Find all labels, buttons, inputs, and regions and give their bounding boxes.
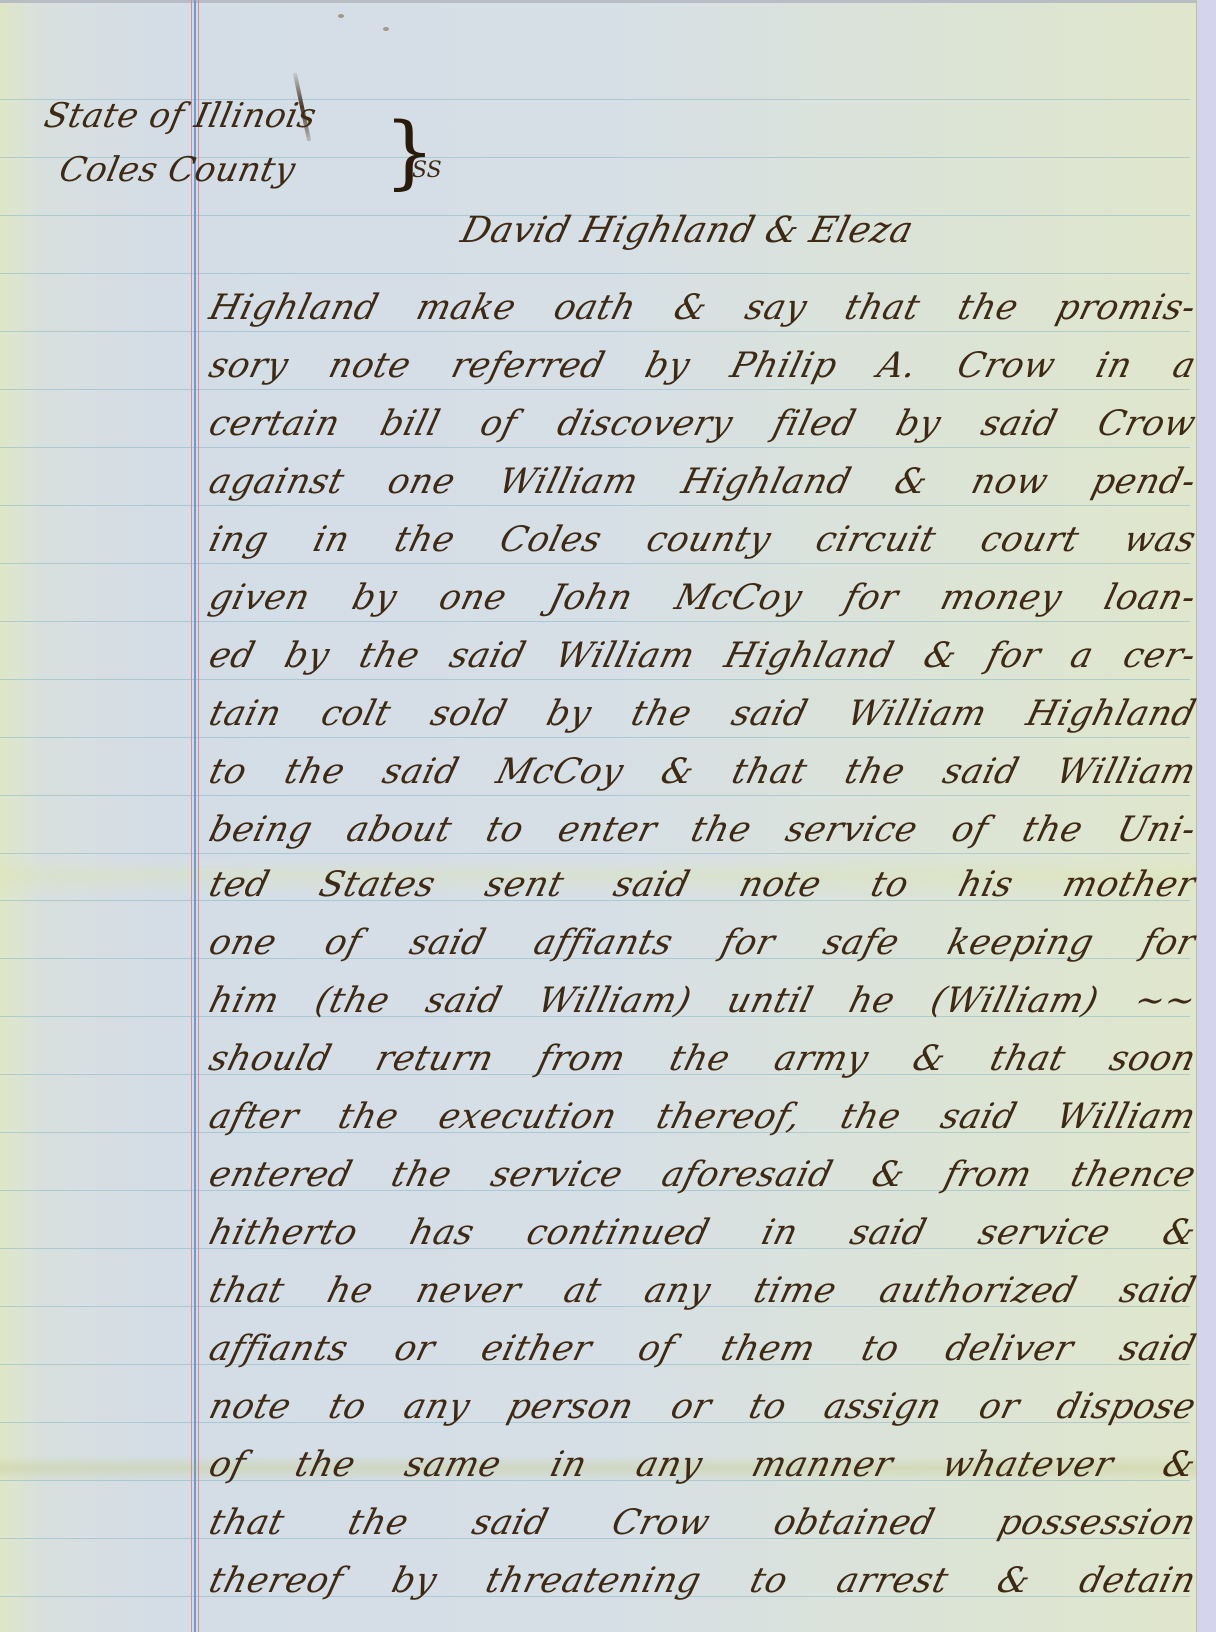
body-line: after the execution thereof, the said Wi… [205,1097,1200,1137]
ruling-line [0,795,1190,796]
body-line: of the same in any manner whatever & [205,1445,1200,1485]
ink-spot [338,14,344,18]
body-line: that the said Crow obtained possession [205,1503,1200,1543]
ruling-line [0,273,1190,274]
body-line: tain colt sold by the said William Highl… [205,694,1200,734]
body-line: being about to enter the service of the … [205,810,1200,850]
body-line: sory note referred by Philip A. Crow in … [205,346,1200,386]
body-line: entered the service aforesaid & from the… [205,1155,1200,1195]
body-line: one of said affiants for safe keeping fo… [205,923,1200,963]
affiant-names-line: David Highland & Eleza [457,210,918,251]
ruling-line [0,447,1190,448]
ruling-line [0,853,1190,854]
body-line: should return from the army & that soon [205,1039,1200,1079]
body-line: hitherto has continued in said service & [205,1213,1200,1253]
body-line: ted States sent said note to his mother [205,865,1200,905]
margin-line-red [191,0,192,1632]
ruling-line [0,679,1190,680]
body-line: ed by the said William Highland & for a … [205,636,1200,676]
margin-line-blue [194,0,196,1632]
body-line: him (the said William) until he (William… [205,981,1200,1021]
body-line: thereof by threatening to arrest & detai… [205,1561,1200,1601]
body-line: Highland make oath & say that the promis… [205,288,1200,328]
body-line: to the said McCoy & that the said Willia… [205,752,1200,792]
body-line: note to any person or to assign or dispo… [205,1387,1200,1427]
body-line: that he never at any time authorized sai… [205,1271,1200,1311]
body-line: certain bill of discovery filed by said … [205,404,1200,444]
body-line: ing in the Coles county circuit court wa… [205,520,1200,560]
body-line: given by one John McCoy for money loan- [205,578,1200,618]
venue-mark: SS [412,158,442,183]
margin-line-red [198,0,199,1632]
ruling-line [0,737,1190,738]
caption-state: State of Illinois [41,96,320,136]
ruling-line [0,331,1190,332]
ruling-line [0,621,1190,622]
document-page: State of Illinois Coles County } SS Davi… [0,0,1197,1632]
body-line: against one William Highland & now pend- [205,462,1200,502]
ruling-line [0,505,1190,506]
ruling-line [0,563,1190,564]
ink-spot [383,27,389,31]
caption-county: Coles County [56,150,299,190]
body-line: affiants or either of them to deliver sa… [205,1329,1200,1369]
ruling-line [0,389,1190,390]
